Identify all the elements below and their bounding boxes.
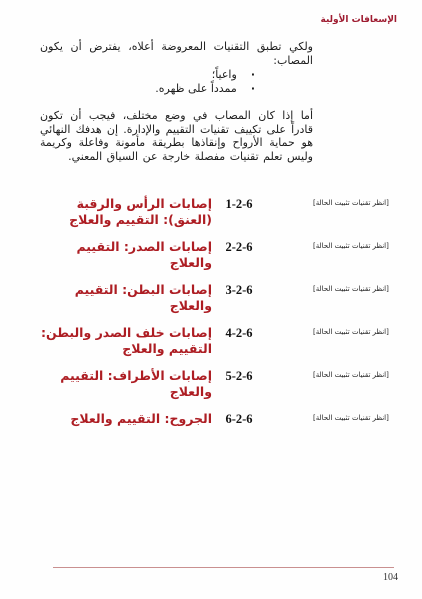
section-title: إصابات الرأس والرقبة (العنق): التقييم وا… [40, 196, 212, 228]
section-title: الجروح: التقييم والعلاج [40, 411, 212, 427]
margin-note: [انظر تقنيات تثبيت الحالة] [313, 411, 393, 423]
margin-note: [انظر تقنيات تثبيت الحالة] [313, 239, 393, 251]
margin-note: [انظر تقنيات تثبيت الحالة] [313, 368, 393, 380]
intro-paragraph-2: أما إذا كان المصاب في وضع مختلف، فيجب أن… [40, 109, 313, 163]
margin-note: [انظر تقنيات تثبيت الحالة] [313, 282, 393, 294]
section-number: 6-2-6 [216, 411, 262, 427]
section-number: 5-2-6 [216, 368, 262, 384]
section-title: إصابات الصدر: التقييم والعلاج [40, 239, 212, 271]
margin-note: [انظر تقنيات تثبيت الحالة] [313, 196, 393, 208]
margin-note: [انظر تقنيات تثبيت الحالة] [313, 325, 393, 337]
bullet-item: ·ممدداً على ظهره. [40, 82, 313, 96]
bullet-dot-icon: · [251, 82, 255, 95]
section-number: 3-2-6 [216, 282, 262, 298]
intro-paragraph-1: ولكي تطبق التقنيات المعروضة أعلاه، يفترض… [40, 40, 313, 67]
bullet-item-text: واعياً؛ [212, 68, 237, 81]
bullet-item: ·واعياً؛ [40, 68, 313, 82]
section-row: الجروح: التقييم والعلاج 6-2-6 [انظر تقني… [40, 411, 393, 427]
bullet-dot-icon: · [251, 68, 255, 81]
page-number: 104 [383, 572, 398, 583]
bullet-list: ·واعياً؛ ·ممدداً على ظهره. [40, 68, 313, 95]
section-row: إصابات البطن: التقييم والعلاج 3-2-6 [انظ… [40, 282, 393, 314]
footer-divider [53, 567, 394, 568]
section-row: إصابات الصدر: التقييم والعلاج 2-2-6 [انظ… [40, 239, 393, 271]
section-title: إصابات الأطراف: التقييم والعلاج [40, 368, 212, 400]
running-header: الإسعافات الأولية [321, 15, 397, 25]
section-row: إصابات خلف الصدر والبطن: التقييم والعلاج… [40, 325, 393, 357]
page-content: ولكي تطبق التقنيات المعروضة أعلاه، يفترض… [40, 40, 393, 438]
bullet-item-text: ممدداً على ظهره. [155, 82, 237, 95]
section-list: إصابات الرأس والرقبة (العنق): التقييم وا… [40, 196, 393, 427]
section-title: إصابات البطن: التقييم والعلاج [40, 282, 212, 314]
section-row: إصابات الأطراف: التقييم والعلاج 5-2-6 [ا… [40, 368, 393, 400]
section-number: 2-2-6 [216, 239, 262, 255]
section-number: 1-2-6 [216, 196, 262, 212]
section-row: إصابات الرأس والرقبة (العنق): التقييم وا… [40, 196, 393, 228]
document-page: الإسعافات الأولية ولكي تطبق التقنيات الم… [0, 0, 422, 599]
section-title: إصابات خلف الصدر والبطن: التقييم والعلاج [40, 325, 212, 357]
section-number: 4-2-6 [216, 325, 262, 341]
